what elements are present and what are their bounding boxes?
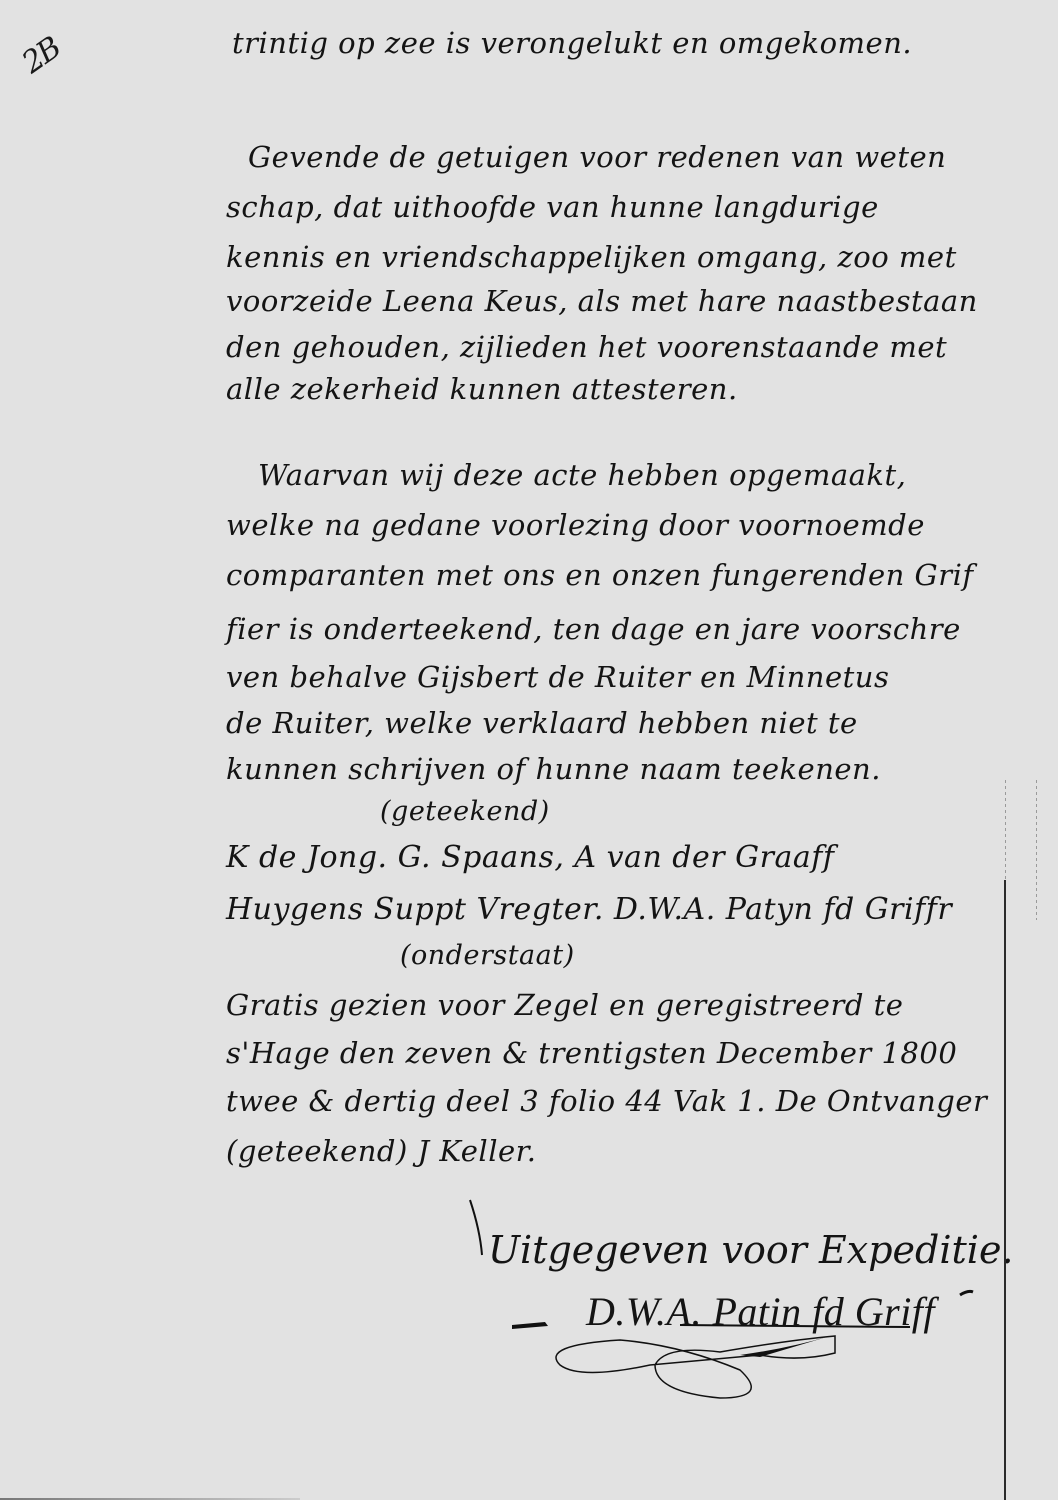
- text-line: de Ruiter, welke verklaard hebben niet t…: [226, 706, 858, 740]
- registration-line: (geteekend) J Keller.: [226, 1134, 537, 1168]
- text-line: kennis en vriendschappelijken omgang, zo…: [226, 240, 957, 274]
- margin-guide-line: [1036, 780, 1037, 920]
- signed-label: (geteekend): [380, 796, 550, 827]
- text-line: alle zekerheid kunnen attesteren.: [226, 372, 738, 406]
- closing-title: Uitgegeven voor Expeditie.: [488, 1228, 1014, 1272]
- text-line: fier is onderteekend, ten dage en jare v…: [226, 612, 961, 646]
- text-line: welke na gedane voorlezing door voornoem…: [226, 508, 925, 542]
- registration-line: twee & dertig deel 3 folio 44 Vak 1. De …: [226, 1084, 987, 1118]
- signature-flourish-icon: [0, 0, 1058, 1500]
- text-line: comparanten met ons en onzen fungerenden…: [226, 558, 974, 592]
- text-line: kunnen schrijven of hunne naam teekenen.: [226, 752, 881, 786]
- text-line: Waarvan wij deze acte hebben opgemaakt,: [258, 458, 906, 492]
- signature-line: K de Jong. G. Spaans, A van der Graaff: [226, 840, 834, 875]
- text-line: voorzeide Leena Keus, als met hare naast…: [226, 284, 978, 318]
- text-line: ven behalve Gijsbert de Ruiter en Minnet…: [226, 660, 889, 694]
- underneath-label: (onderstaat): [400, 940, 575, 971]
- text-line: den gehouden, zijlieden het voorenstaand…: [226, 330, 947, 364]
- closing-signature: D.W.A. Patin fd Griff: [586, 1288, 935, 1335]
- margin-rule: [1004, 880, 1006, 1500]
- text-line: trintig op zee is verongelukt en omgekom…: [232, 26, 912, 60]
- signature-line: Huygens Suppt Vregter. D.W.A. Patyn fd G…: [226, 892, 952, 927]
- text-line: Gevende de getuigen voor redenen van wet…: [248, 140, 946, 174]
- text-line: schap, dat uithoofde van hunne langdurig…: [226, 190, 879, 224]
- registration-line: Gratis gezien voor Zegel en geregistreer…: [226, 988, 903, 1022]
- page-number: 2B: [16, 31, 66, 81]
- registration-line: s'Hage den zeven & trentigsten December …: [226, 1036, 957, 1070]
